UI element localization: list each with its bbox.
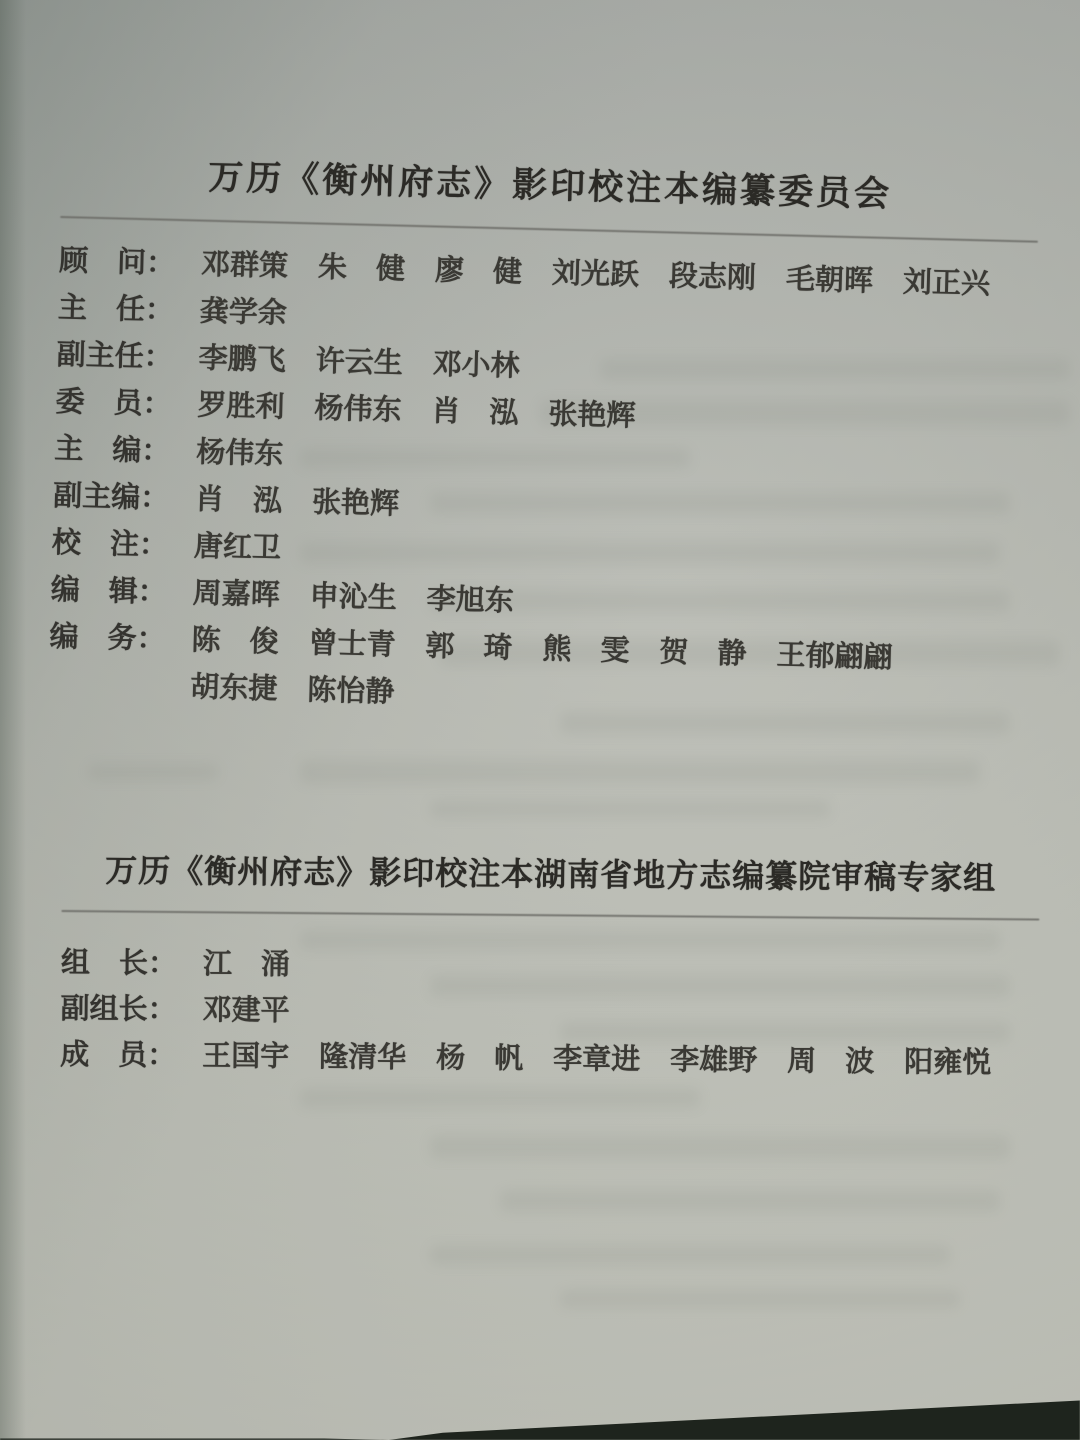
person-name: 胡东捷 — [190, 664, 278, 707]
person-name: 郭 琦 — [425, 623, 513, 666]
person-name: 李章进 — [553, 1036, 640, 1078]
person-name: 肖 泓 — [431, 388, 519, 431]
person-name: 段志刚 — [669, 253, 757, 296]
role-label: 编 辑： — [50, 567, 193, 612]
role-label: 副主任： — [56, 332, 199, 377]
person-name: 肖 泓 — [195, 476, 283, 519]
person-name: 邓群策 — [201, 242, 289, 285]
person-name: 王国宇 — [202, 1033, 289, 1075]
expert-group-section: 万历《衡州府志》影印校注本湖南省地方志编纂院审稿专家组 组 长：江 涌副组长：邓… — [60, 846, 1040, 1087]
person-name-list: 杨伟东 — [196, 430, 284, 473]
role-label: 委 员： — [55, 379, 198, 424]
person-name: 阳雍悦 — [904, 1039, 991, 1081]
person-name: 江 涌 — [203, 941, 290, 983]
expert-group-rows: 组 长：江 涌副组长：邓建平成 员：王国宇隆清华杨 帆李章进李雄野周 波阳雍悦 — [60, 940, 1039, 1087]
person-name: 许云生 — [315, 338, 403, 381]
person-name: 贺 静 — [659, 629, 747, 672]
person-name: 杨伟东 — [196, 430, 284, 473]
role-label: 主 编： — [54, 426, 197, 471]
committee-section: 万历《衡州府志》影印校注本编纂委员会 顾 问：邓群策朱 健廖 健刘光跃段志刚毛朝… — [48, 148, 1040, 733]
committee-rows: 顾 问：邓群策朱 健廖 健刘光跃段志刚毛朝晖刘正兴主 任：龚学余副主任：李鹏飞许… — [48, 238, 1038, 733]
person-name: 毛朝晖 — [786, 256, 874, 299]
person-name-list: 江 涌 — [203, 941, 290, 983]
role-label: 编 务： — [49, 614, 192, 659]
person-name-list: 王国宇隆清华杨 帆李章进李雄野周 波阳雍悦 — [202, 1033, 991, 1081]
person-name: 李雄野 — [670, 1037, 757, 1079]
person-name: 申沁生 — [309, 573, 397, 616]
person-name: 刘正兴 — [903, 259, 991, 302]
person-name: 朱 健 — [318, 245, 406, 288]
committee-title: 万历《衡州府志》影印校注本编纂委员会 — [61, 148, 1040, 225]
role-label — [48, 693, 190, 697]
expert-group-title: 万历《衡州府志》影印校注本湖南省地方志编纂院审稿专家组 — [62, 846, 1040, 903]
person-name-list: 唐红卫 — [194, 523, 282, 566]
person-name-list: 胡东捷陈怡静 — [190, 664, 395, 710]
person-name: 邓小林 — [432, 341, 520, 384]
person-name: 周 波 — [787, 1038, 874, 1080]
person-name-list: 邓建平 — [202, 987, 289, 1029]
person-name: 陈怡静 — [307, 667, 395, 710]
person-name-list: 李鹏飞许云生邓小林 — [198, 336, 520, 385]
person-name: 邓建平 — [202, 987, 289, 1029]
person-name: 曾士青 — [308, 620, 396, 663]
person-name: 熊 雯 — [542, 626, 630, 669]
expert-group-divider-line — [61, 910, 1039, 921]
role-label: 顾 问： — [59, 238, 202, 283]
role-label: 副组长： — [60, 986, 202, 1028]
role-label: 成 员： — [60, 1032, 202, 1074]
person-name: 张艳辉 — [312, 479, 400, 522]
role-label: 副主编： — [53, 473, 196, 518]
person-name: 陈 俊 — [191, 617, 279, 660]
page-content: 万历《衡州府志》影印校注本编纂委员会 顾 问：邓群策朱 健廖 健刘光跃段志刚毛朝… — [0, 0, 1080, 1440]
person-name: 周嘉晖 — [192, 570, 280, 613]
person-name: 杨 帆 — [436, 1035, 523, 1077]
role-label: 组 长： — [61, 940, 203, 982]
person-name: 李鹏飞 — [198, 336, 286, 379]
role-label: 校 注： — [52, 520, 195, 565]
person-name: 刘光跃 — [552, 250, 640, 293]
person-name: 廖 健 — [435, 247, 523, 290]
person-name: 王郁翩翩 — [776, 632, 893, 676]
role-label: 主 任： — [57, 285, 200, 330]
person-name: 唐红卫 — [194, 523, 282, 566]
person-name-list: 肖 泓张艳辉 — [195, 476, 400, 522]
person-name: 隆清华 — [319, 1034, 406, 1076]
person-name: 罗胜利 — [197, 383, 285, 426]
person-name-list: 周嘉晖申沁生李旭东 — [192, 570, 514, 619]
person-name: 龚学余 — [199, 289, 287, 332]
person-name: 李旭东 — [426, 576, 514, 619]
name-list-row: 成 员：王国宇隆清华杨 帆李章进李雄野周 波阳雍悦 — [60, 1032, 1038, 1087]
person-name: 杨伟东 — [314, 385, 402, 428]
person-name-list: 龚学余 — [199, 289, 287, 332]
person-name: 张艳辉 — [548, 391, 636, 434]
